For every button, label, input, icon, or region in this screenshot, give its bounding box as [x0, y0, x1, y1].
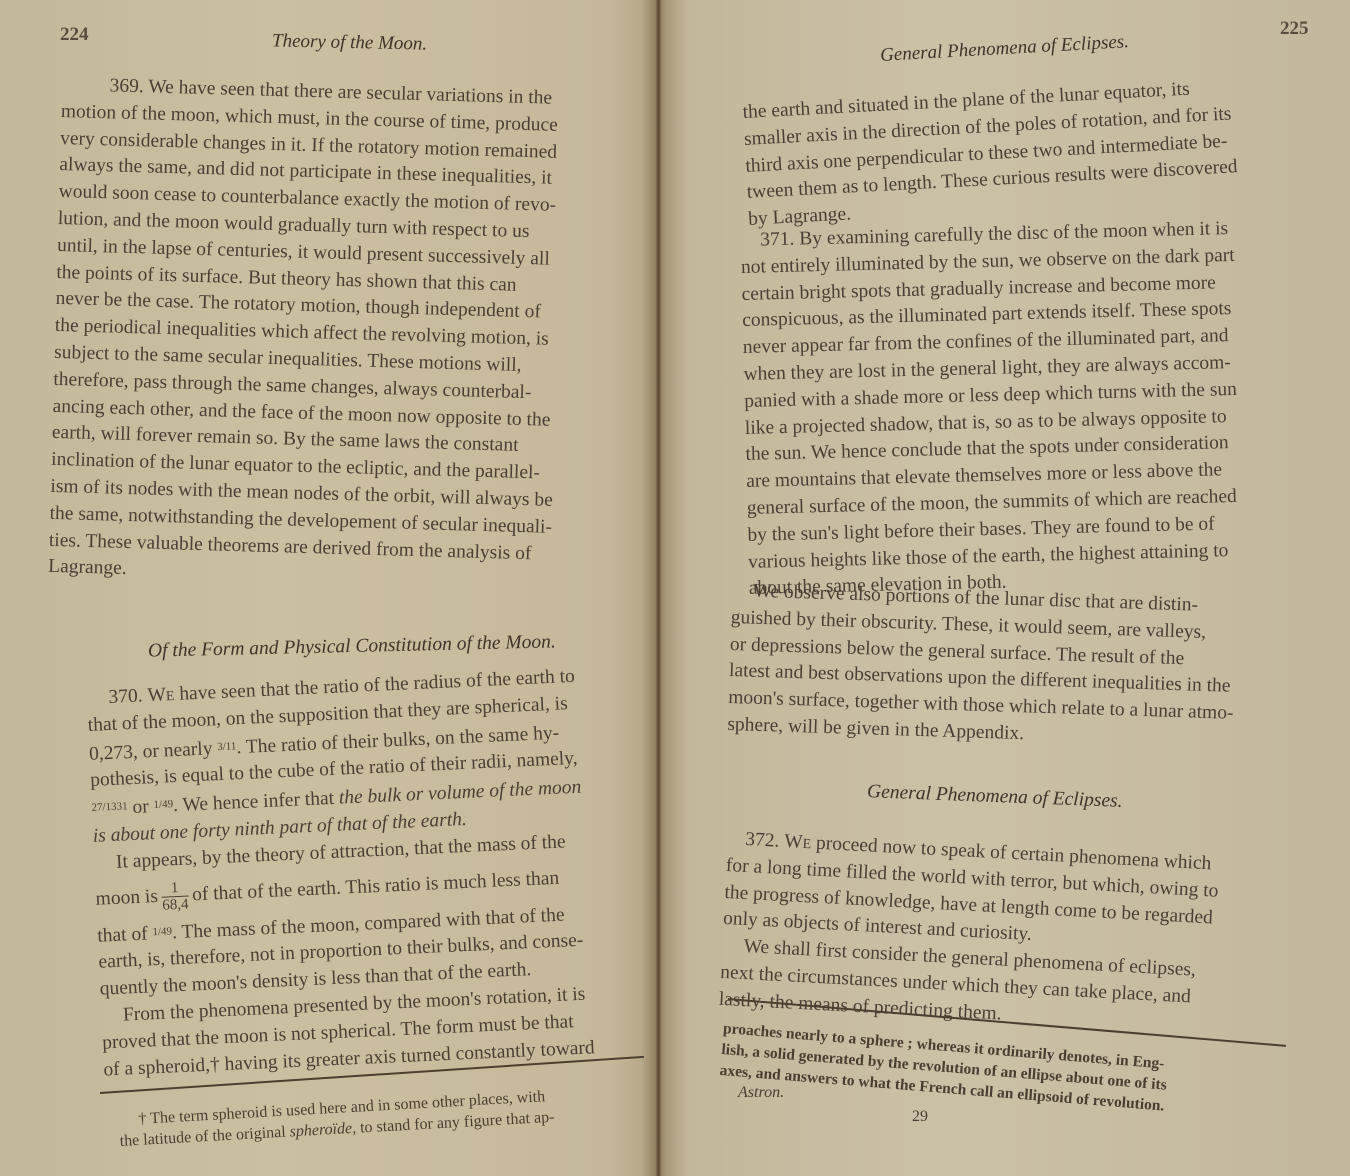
- signature-number: 29: [912, 1108, 928, 1126]
- signature-label: Astron.: [738, 1084, 784, 1102]
- paragraph-number: 370.: [108, 685, 143, 708]
- paragraph-371: 371. By examining carefully the disc of …: [740, 214, 1323, 603]
- section-title: Of the Form and Physical Constitution of…: [148, 631, 556, 662]
- text-fragment: We: [147, 684, 175, 706]
- paragraph-370: 370. We have seen that the ratio of the …: [86, 661, 654, 1084]
- text-fragment: or: [132, 796, 149, 818]
- footnote: † The term spheroid is used here and in …: [118, 1080, 650, 1152]
- page-number: 224: [60, 24, 89, 46]
- right-page: 225 General Phenomena of Eclipses. the e…: [662, 0, 1350, 1176]
- paragraph-369: 369. We have seen that there are secular…: [48, 72, 632, 597]
- page-number: 225: [1280, 18, 1309, 40]
- fraction: 27/1331: [91, 800, 128, 814]
- text-fragment: . We hence infer that: [173, 788, 335, 816]
- fraction-numerator: 1: [161, 879, 188, 897]
- fraction: 1/49: [152, 925, 172, 938]
- fraction-denominator: 68,4: [162, 896, 189, 913]
- paragraph-number: 372.: [745, 829, 780, 852]
- text-fragment: that of: [97, 923, 148, 946]
- fraction: 168,4: [161, 879, 189, 913]
- paragraph-372: 372. We proceed now to speak of certain …: [718, 826, 1293, 1043]
- fraction: 1/49: [153, 798, 173, 811]
- italic-text: spheroïde: [289, 1120, 352, 1140]
- fraction: 3/11: [217, 740, 237, 753]
- running-head: Theory of the Moon.: [272, 30, 428, 55]
- paragraph-valleys: We observe also portions of the lunar di…: [727, 578, 1307, 757]
- section-title: General Phenomena of Eclipses.: [867, 781, 1123, 813]
- text-fragment: 0,273, or nearly: [89, 738, 213, 765]
- running-head: General Phenomena of Eclipses.: [880, 31, 1130, 67]
- text-fragment: of that of the earth. This ratio is much…: [192, 867, 560, 905]
- text-fragment: We: [784, 831, 812, 853]
- open-book-spread: 224 Theory of the Moon. 369. We have see…: [0, 0, 1350, 1176]
- continuation-paragraph: the earth and situated in the plane of t…: [742, 70, 1320, 234]
- left-page: 224 Theory of the Moon. 369. We have see…: [0, 0, 660, 1176]
- text-fragment: moon is: [95, 886, 158, 910]
